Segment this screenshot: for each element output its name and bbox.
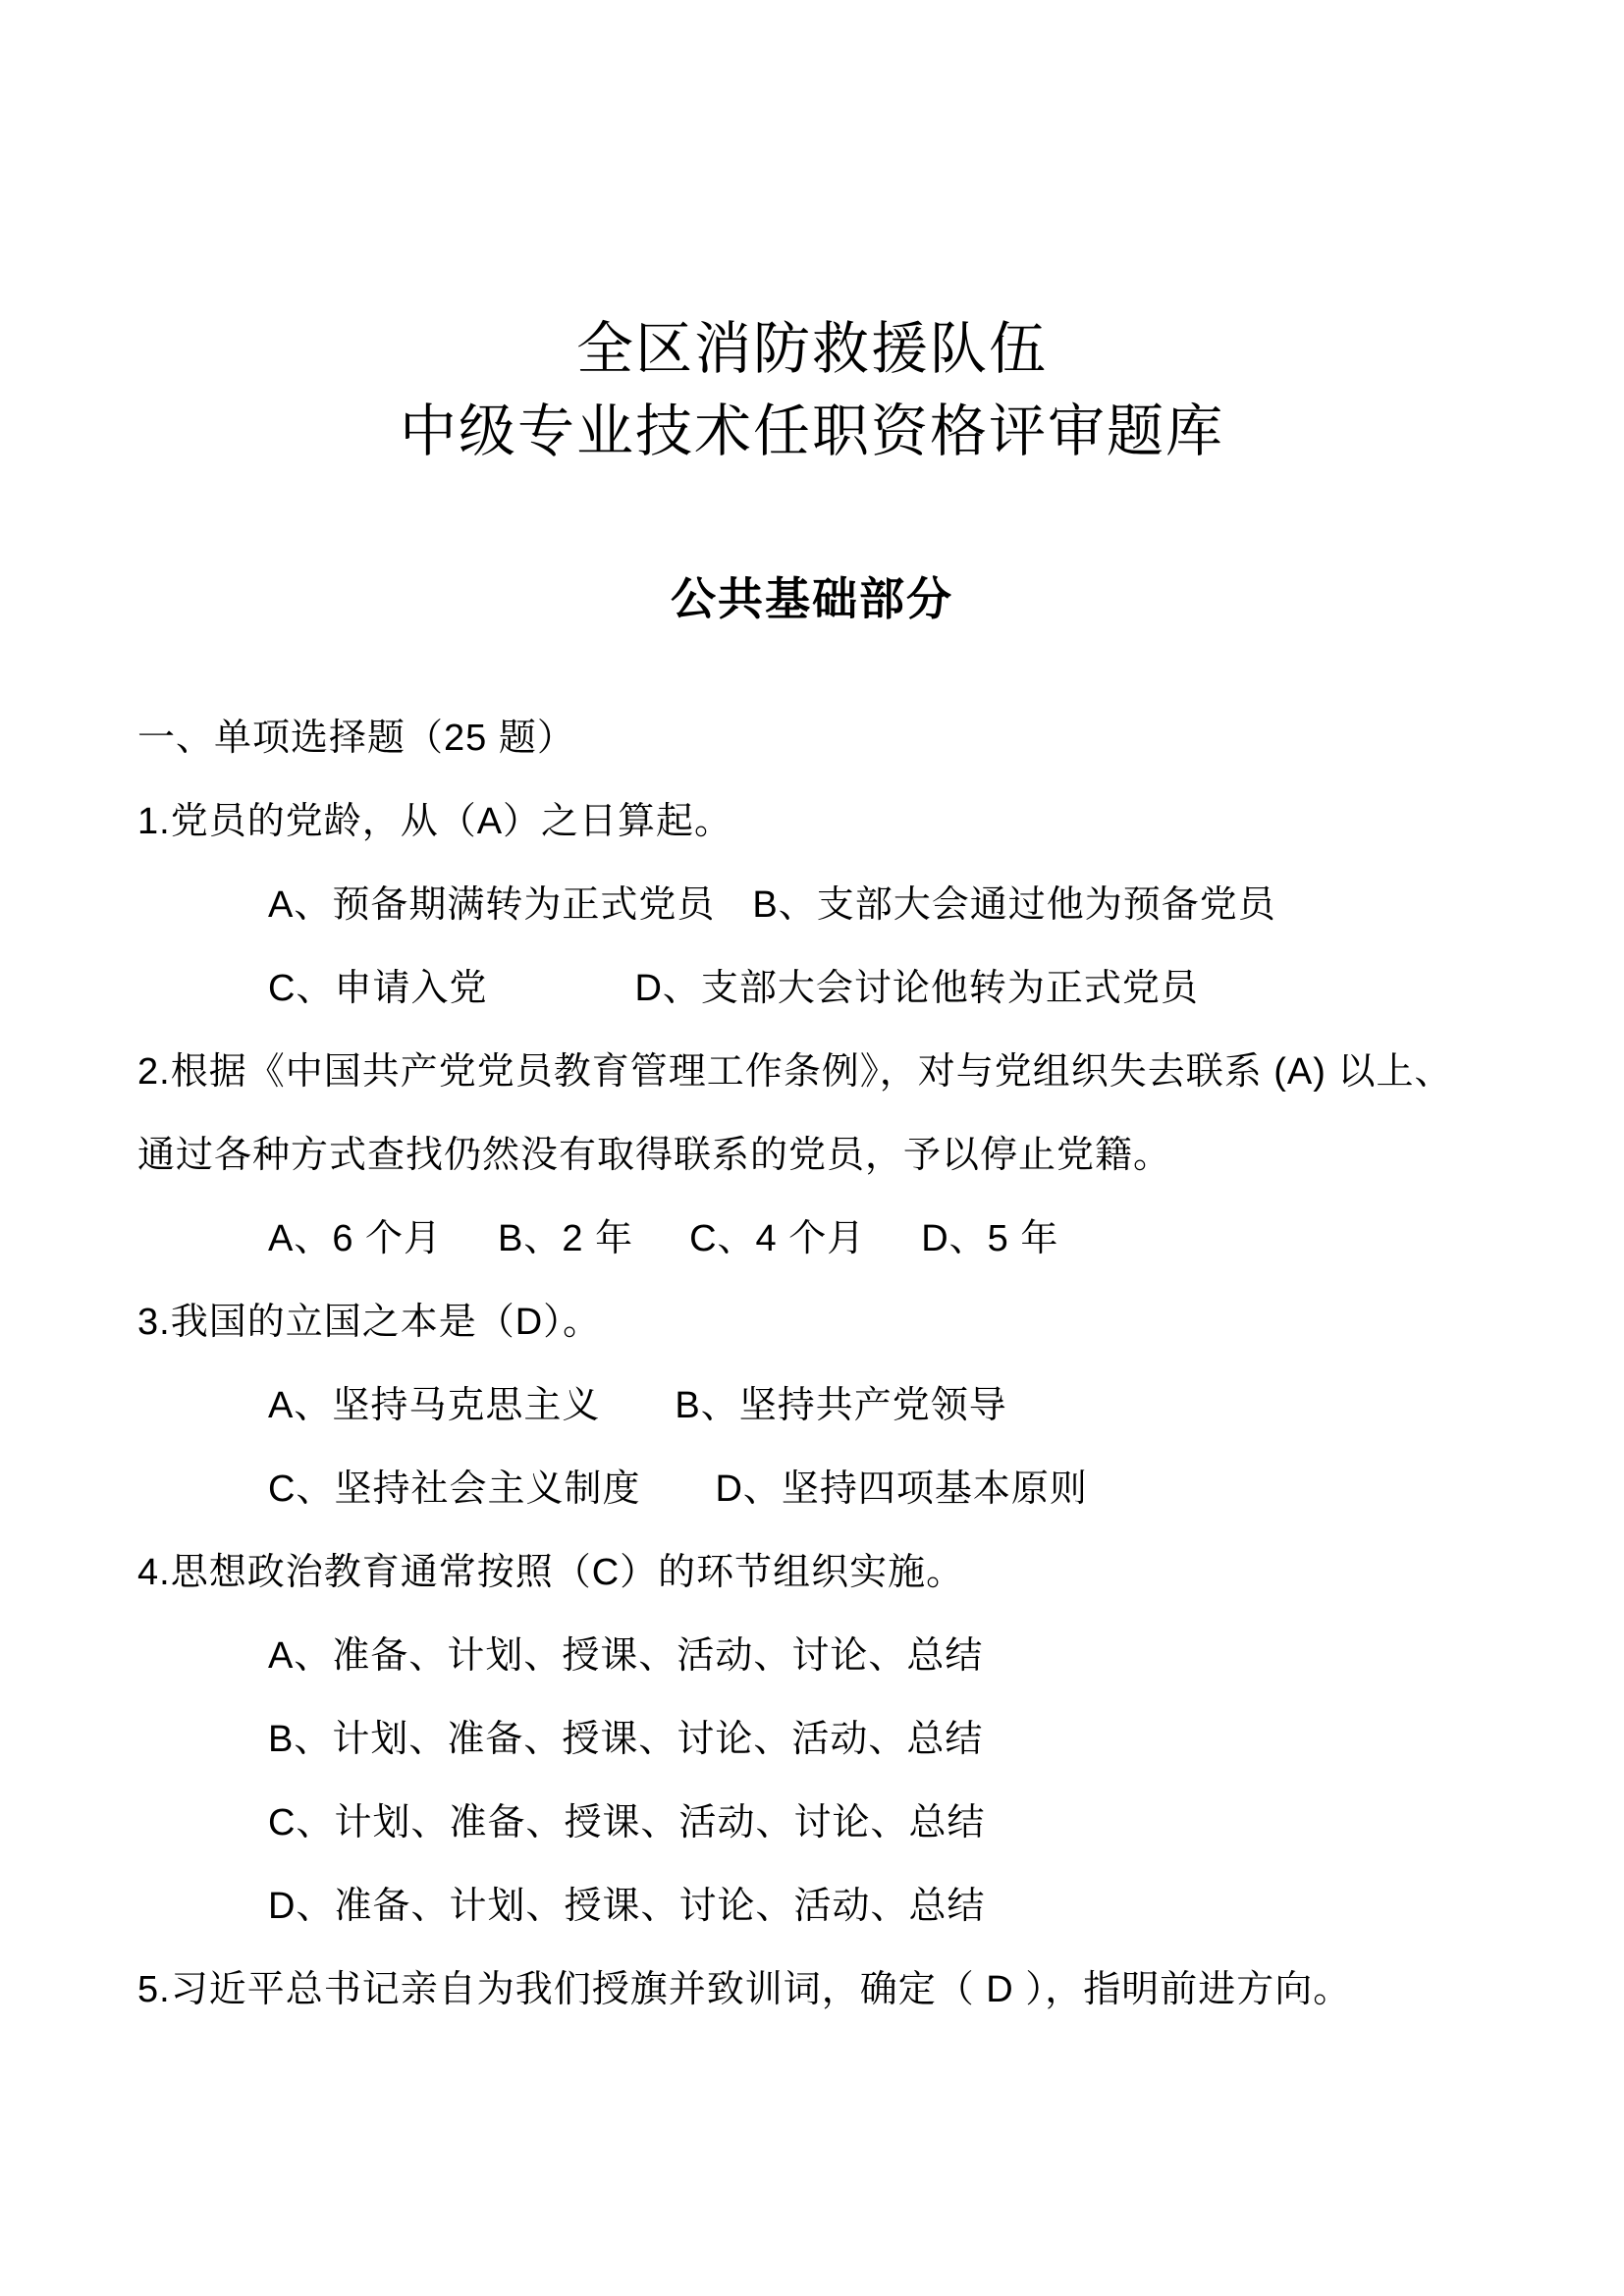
section-heading: 一、单项选择题（25 题） (137, 697, 1496, 780)
option-row: B、计划、准备、授课、讨论、活动、总结 (137, 1698, 1496, 1782)
section-subtitle: 公共基础部分 (0, 567, 1624, 630)
document-page: 全区消防救援队伍 中级专业技术任职资格评审题库 公共基础部分 一、单项选择题（2… (0, 0, 1624, 2296)
question-stem-line: 1.党员的党龄，从（A）之日算起。 (137, 780, 1496, 864)
question-stem-line: 4.思想政治教育通常按照（C）的环节组织实施。 (137, 1531, 1496, 1615)
questions-list: 1.党员的党龄，从（A）之日算起。A、预备期满转为正式党员B、支部大会通过他为预… (137, 780, 1496, 2032)
option-row: D、准备、计划、授课、讨论、活动、总结 (137, 1865, 1496, 1949)
option-row: A、6 个月B、2 年C、4 个月D、5 年 (137, 1198, 1496, 1281)
option-item: A、预备期满转为正式党员 (268, 864, 715, 947)
option-item: A、准备、计划、授课、活动、讨论、总结 (268, 1615, 983, 1698)
question-stem-line: 2.根据《中国共产党党员教育管理工作条例》，对与党组织失去联系 (A) 以上、 (137, 1031, 1496, 1114)
question: 5.习近平总书记亲自为我们授旗并致训词，确定（ D ），指明前进方向。 (137, 1949, 1496, 2032)
question-stem-line: 5.习近平总书记亲自为我们授旗并致训词，确定（ D ），指明前进方向。 (137, 1949, 1496, 2032)
question-stem-line: 通过各种方式查找仍然没有取得联系的党员，予以停止党籍。 (137, 1114, 1496, 1198)
option-item: D、5 年 (921, 1198, 1058, 1281)
option-row: C、申请入党D、支部大会讨论他转为正式党员 (137, 947, 1496, 1031)
option-item: D、准备、计划、授课、讨论、活动、总结 (268, 1865, 985, 1949)
option-item: B、2 年 (498, 1198, 633, 1281)
option-row: C、坚持社会主义制度D、坚持四项基本原则 (137, 1448, 1496, 1531)
option-item: B、支部大会通过他为预备党员 (752, 864, 1275, 947)
document-body: 一、单项选择题（25 题） 1.党员的党龄，从（A）之日算起。A、预备期满转为正… (137, 697, 1496, 2032)
question: 4.思想政治教育通常按照（C）的环节组织实施。A、准备、计划、授课、活动、讨论、… (137, 1531, 1496, 1949)
option-item: D、坚持四项基本原则 (715, 1448, 1087, 1531)
option-row: C、计划、准备、授课、活动、讨论、总结 (137, 1782, 1496, 1865)
option-row: A、坚持马克思主义B、坚持共产党领导 (137, 1364, 1496, 1448)
document-title: 全区消防救援队伍 中级专业技术任职资格评审题库 (0, 0, 1624, 473)
option-item: A、坚持马克思主义 (268, 1364, 600, 1448)
option-row: A、准备、计划、授课、活动、讨论、总结 (137, 1615, 1496, 1698)
option-item: A、6 个月 (268, 1198, 442, 1281)
document-title-line-1: 全区消防救援队伍 (0, 308, 1624, 391)
option-item: C、计划、准备、授课、活动、讨论、总结 (268, 1782, 985, 1865)
question: 2.根据《中国共产党党员教育管理工作条例》，对与党组织失去联系 (A) 以上、通… (137, 1031, 1496, 1281)
option-item: B、计划、准备、授课、讨论、活动、总结 (268, 1698, 983, 1782)
question: 1.党员的党龄，从（A）之日算起。A、预备期满转为正式党员B、支部大会通过他为预… (137, 780, 1496, 1031)
option-row: A、预备期满转为正式党员B、支部大会通过他为预备党员 (137, 864, 1496, 947)
option-item: C、坚持社会主义制度 (268, 1448, 640, 1531)
option-item: D、支部大会讨论他转为正式党员 (634, 947, 1198, 1031)
option-item: B、坚持共产党领导 (675, 1364, 1006, 1448)
option-item: C、4 个月 (689, 1198, 865, 1281)
document-title-line-2: 中级专业技术任职资格评审题库 (0, 391, 1624, 473)
option-item: C、申请入党 (268, 947, 487, 1031)
question: 3.我国的立国之本是（D）。A、坚持马克思主义B、坚持共产党领导C、坚持社会主义… (137, 1281, 1496, 1531)
question-stem-line: 3.我国的立国之本是（D）。 (137, 1281, 1496, 1364)
